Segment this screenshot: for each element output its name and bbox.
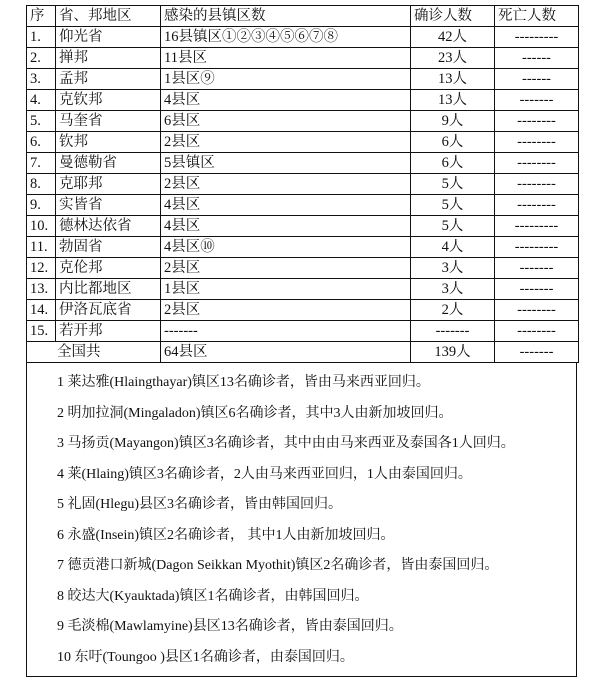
row-index: 3.	[27, 69, 56, 90]
row-deaths: -------	[495, 279, 579, 300]
row-towns: 2县区	[161, 258, 411, 279]
total-deaths: -------	[495, 342, 579, 363]
row-region: 实皆省	[56, 195, 161, 216]
row-confirmed: 23人	[411, 48, 495, 69]
table-row: 2.掸邦11县区23人------	[27, 48, 579, 69]
row-index: 4.	[27, 90, 56, 111]
table-row: 12.克伦邦 2县区3人-------	[27, 258, 579, 279]
table-row: 5.马奎省 6县区9人--------	[27, 111, 579, 132]
row-index: 14.	[27, 300, 56, 321]
footnote-item: 1 莱达雅(Hlaingthayar)镇区13名确诊者，皆由马来西亚回归。	[57, 371, 430, 391]
row-confirmed: -------	[411, 321, 495, 342]
row-confirmed: 6人	[411, 153, 495, 174]
row-deaths: --------	[495, 300, 579, 321]
row-towns: 2县区	[161, 300, 411, 321]
row-deaths: -------	[495, 90, 579, 111]
table-row: 14.伊洛瓦底省 2县区2人--------	[27, 300, 579, 321]
footnotes-section: 1 莱达雅(Hlaingthayar)镇区13名确诊者，皆由马来西亚回归。2 明…	[26, 363, 577, 677]
footnote-item: 4 莱(Hlaing)镇区3名确诊者，2人由马来西亚回归，1人由泰国回归。	[57, 463, 472, 483]
table-row: 11.勃固省 4县区⑩4人---------	[27, 237, 579, 258]
total-confirmed: 139人	[411, 342, 495, 363]
row-region: 曼德勒省	[56, 153, 161, 174]
total-towns: 64县区	[161, 342, 411, 363]
row-deaths: --------	[495, 174, 579, 195]
table-row: 9.实皆省 4县区5人--------	[27, 195, 579, 216]
table-total-row: 全国共 64县区 139人 -------	[27, 342, 579, 363]
row-region: 克耶邦	[56, 174, 161, 195]
row-deaths: --------	[495, 111, 579, 132]
table-row: 6.钦邦 2县区6人--------	[27, 132, 579, 153]
row-region: 克伦邦	[56, 258, 161, 279]
row-confirmed: 3人	[411, 279, 495, 300]
row-confirmed: 13人	[411, 90, 495, 111]
footnote-item: 2 明加拉洞(Mingaladon)镇区6名确诊者，其中3人由新加坡回归。	[57, 402, 452, 422]
row-deaths: ------	[495, 69, 579, 90]
footnote-item: 3 马扬贡(Mayangon)镇区3名确诊者，其中由由马来西亚及泰国各1人回归。	[57, 432, 515, 452]
row-index: 10.	[27, 216, 56, 237]
row-towns: 1县区	[161, 279, 411, 300]
row-index: 2.	[27, 48, 56, 69]
row-confirmed: 9人	[411, 111, 495, 132]
header-index: 序	[27, 6, 56, 27]
table-row: 3.孟邦 1县区⑨13人------	[27, 69, 579, 90]
row-confirmed: 6人	[411, 132, 495, 153]
row-confirmed: 13人	[411, 69, 495, 90]
row-index: 12.	[27, 258, 56, 279]
table-row: 1.仰光省16县镇区①②③④⑤⑥⑦⑧42人---------	[27, 27, 579, 48]
row-confirmed: 5人	[411, 216, 495, 237]
row-towns: 4县区	[161, 195, 411, 216]
row-region: 仰光省	[56, 27, 161, 48]
row-deaths: -------	[495, 258, 579, 279]
table-row: 4.克钦邦 4县区13人-------	[27, 90, 579, 111]
header-towns: 感染的县镇区数	[161, 6, 411, 27]
row-deaths: ---------	[495, 27, 579, 48]
table-row: 7.曼德勒省 5县镇区6人--------	[27, 153, 579, 174]
row-index: 11.	[27, 237, 56, 258]
row-region: 钦邦	[56, 132, 161, 153]
row-confirmed: 4人	[411, 237, 495, 258]
row-towns: 5县镇区	[161, 153, 411, 174]
row-region: 若开邦	[56, 321, 161, 342]
row-index: 15.	[27, 321, 56, 342]
cases-table: 序 省、邦地区 感染的县镇区数 确诊人数 死亡人数 1.仰光省16县镇区①②③④…	[26, 5, 579, 363]
row-index: 6.	[27, 132, 56, 153]
row-region: 伊洛瓦底省	[56, 300, 161, 321]
row-deaths: --------	[495, 132, 579, 153]
row-deaths: --------	[495, 321, 579, 342]
header-region: 省、邦地区	[56, 6, 161, 27]
row-index: 13.	[27, 279, 56, 300]
row-region: 掸邦	[56, 48, 161, 69]
footnote-item: 5 礼固(Hlegu)县区3名确诊者，皆由韩国回归。	[57, 493, 342, 513]
row-towns: 11县区	[161, 48, 411, 69]
row-towns: 4县区	[161, 216, 411, 237]
footnote-item: 9 毛淡棉(Mawlamyine)县区13名确诊者，皆由泰国回归。	[57, 615, 403, 635]
footnote-item: 8 皎达大(Kyauktada)镇区1名确诊者，由韩国回归。	[57, 585, 368, 605]
row-towns: 2县区	[161, 174, 411, 195]
row-towns: 6县区	[161, 111, 411, 132]
row-confirmed: 5人	[411, 174, 495, 195]
table-row: 13.内比都地区 1县区3人-------	[27, 279, 579, 300]
row-deaths: ---------	[495, 216, 579, 237]
row-region: 孟邦	[56, 69, 161, 90]
row-confirmed: 2人	[411, 300, 495, 321]
row-index: 9.	[27, 195, 56, 216]
table-row: 10.德林达依省 4县区5人---------	[27, 216, 579, 237]
row-index: 5.	[27, 111, 56, 132]
row-deaths: --------	[495, 195, 579, 216]
row-region: 马奎省	[56, 111, 161, 132]
table-row: 8.克耶邦 2县区5人--------	[27, 174, 579, 195]
row-towns: 16县镇区①②③④⑤⑥⑦⑧	[161, 27, 411, 48]
row-confirmed: 42人	[411, 27, 495, 48]
row-region: 德林达依省	[56, 216, 161, 237]
row-confirmed: 3人	[411, 258, 495, 279]
row-region: 勃固省	[56, 237, 161, 258]
header-deaths: 死亡人数	[495, 6, 579, 27]
row-deaths: --------	[495, 153, 579, 174]
table-header-row: 序 省、邦地区 感染的县镇区数 确诊人数 死亡人数	[27, 6, 579, 27]
row-towns: -------	[161, 321, 411, 342]
row-towns: 2县区	[161, 132, 411, 153]
footnote-item: 10 东吁(Toungoo )县区1名确诊者，由泰国回归。	[57, 646, 354, 666]
total-label: 全国共	[27, 342, 161, 363]
table-row: 15.若开邦 ----------------------	[27, 321, 579, 342]
table-body: 1.仰光省16县镇区①②③④⑤⑥⑦⑧42人---------2.掸邦11县区23…	[27, 27, 579, 342]
footnote-item: 7 德贡港口新城(Dagon Seikkan Myothit)镇区2名确诊者，皆…	[57, 554, 498, 574]
footnote-item: 6 永盛(Insein)镇区2名确诊者， 其中1人由新加坡回归。	[57, 524, 395, 544]
row-index: 1.	[27, 27, 56, 48]
row-index: 8.	[27, 174, 56, 195]
row-towns: 1县区⑨	[161, 69, 411, 90]
row-index: 7.	[27, 153, 56, 174]
row-deaths: ---------	[495, 237, 579, 258]
header-confirmed: 确诊人数	[411, 6, 495, 27]
row-confirmed: 5人	[411, 195, 495, 216]
row-towns: 4县区	[161, 90, 411, 111]
covid-cases-document: 序 省、邦地区 感染的县镇区数 确诊人数 死亡人数 1.仰光省16县镇区①②③④…	[26, 5, 578, 677]
row-region: 内比都地区	[56, 279, 161, 300]
row-deaths: ------	[495, 48, 579, 69]
row-region: 克钦邦	[56, 90, 161, 111]
row-towns: 4县区⑩	[161, 237, 411, 258]
